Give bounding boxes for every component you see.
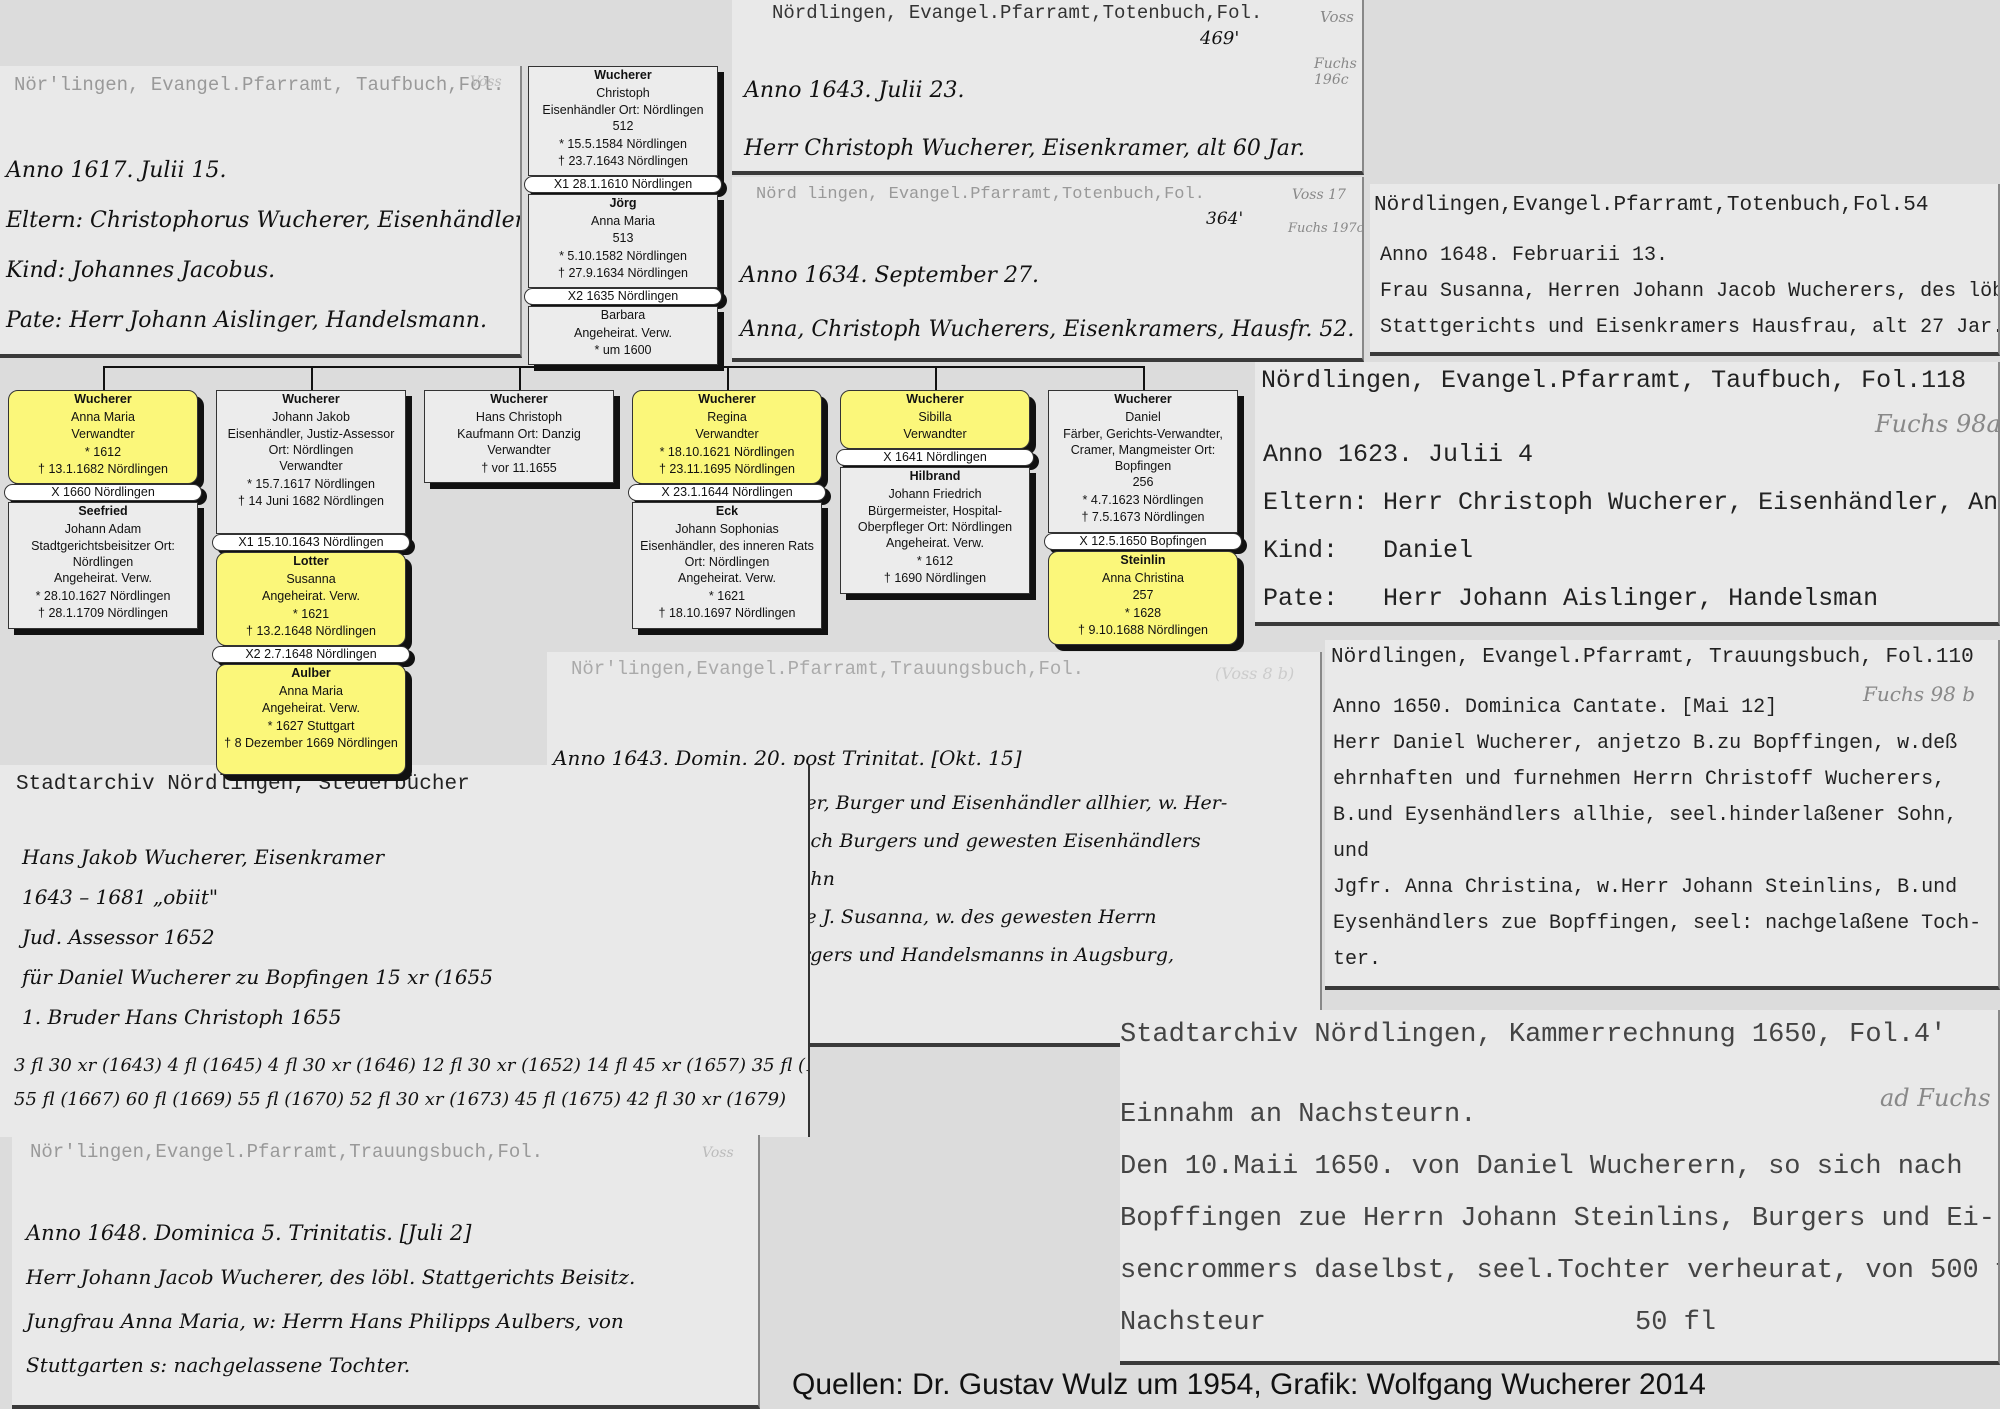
person-given-name: Anna Maria [9, 409, 197, 427]
doc-steuerbuecher: Stadtarchiv Nördlingen, Steuerbücher Han… [0, 765, 810, 1137]
person-relation: Verwandter [425, 442, 613, 460]
person-box-spouse[interactable]: LotterSusannaAngeheirat. Verw.* 1621† 13… [216, 552, 406, 646]
person-surname: Seefried [9, 503, 197, 521]
person-relation: Angeheirat. Verw. [9, 570, 197, 588]
marriage-label: X2 1635 Nördlingen [524, 288, 722, 305]
doc-header: Stadtarchiv Nördlingen, Steuerbücher [16, 773, 470, 796]
doc-line: Pate: Herr Johann Aislinger, Handelsman [1263, 584, 1878, 613]
person-died: † 13.2.1648 Nördlingen [217, 623, 405, 641]
person-occupation: Eisenhändler, Justiz-Assessor Ort: Nördl… [217, 426, 405, 458]
person-given-name: Johann Jakob [217, 409, 405, 427]
credit-line: Quellen: Dr. Gustav Wulz um 1954, Grafik… [792, 1368, 1706, 1402]
person-given-name: Johann Friedrich [841, 486, 1029, 504]
person-born: * 1627 Stuttgart [217, 718, 405, 736]
person-box-child[interactable]: WuchererReginaVerwandter* 18.10.1621 Nör… [632, 390, 822, 484]
person-died: † 27.9.1634 Nördlingen [529, 265, 717, 283]
person-relation: Angeheirat. Verw. [841, 535, 1029, 553]
doc-note: Fuchs 98 b [1863, 682, 1975, 706]
person-box-child[interactable]: WuchererSibillaVerwandter [840, 390, 1030, 449]
doc-line: Frau Susanna, Herren Johann Jacob Wucher… [1380, 280, 2000, 303]
doc-header: Stadtarchiv Nördlingen, Kammerrechnung 1… [1120, 1020, 1946, 1050]
person-relation: Angeheirat. Verw. [529, 325, 717, 343]
person-relation: Verwandter [217, 458, 405, 476]
doc-header: Nördlingen, Evangel.Pfarramt, Trauungsbu… [1331, 646, 1974, 669]
person-box-child[interactable]: WuchererJohann JakobEisenhändler, Justiz… [216, 390, 406, 534]
person-box-spouse[interactable]: HilbrandJohann FriedrichBürgermeister, H… [840, 467, 1030, 594]
person-box-father[interactable]: WuchererChristophEisenhändler Ort: Nördl… [528, 66, 718, 176]
person-box-child[interactable]: WuchererDanielFärber, Gerichts-Verwandte… [1048, 390, 1238, 533]
doc-tax-line: 55 fl (1667) 60 fl (1669) 55 fl (1670) 5… [14, 1089, 786, 1110]
doc-line: Jud. Assessor 1652 [22, 925, 215, 949]
person-occupation: Stadtgerichtsbeisitzer Ort: Nördlingen [9, 538, 197, 570]
doc-note: Fuchs 197c [1288, 221, 1364, 236]
doc-totenbuch-1643: Nördlingen, Evangel.Pfarramt,Totenbuch,F… [732, 0, 1364, 175]
person-given-name: Johann Sophonias [633, 521, 821, 539]
person-given-name: Anna Maria [217, 683, 405, 701]
person-died: † 28.1.1709 Nördlingen [9, 605, 197, 623]
person-died: † 18.10.1697 Nördlingen [633, 605, 821, 623]
person-born: * 18.10.1621 Nördlingen [633, 444, 821, 462]
person-surname: Lotter [217, 553, 405, 571]
marriage-label: X 1660 Nördlingen [4, 484, 202, 501]
person-given-name: Anna Maria [529, 213, 717, 231]
person-born: * 5.10.1582 Nördlingen [529, 248, 717, 266]
doc-line: Pate: Herr Johann Aislinger, Handelsmann… [6, 308, 487, 333]
person-born: * 1628 [1049, 605, 1237, 623]
person-born: * 4.7.1623 Nördlingen [1049, 492, 1237, 510]
doc-line: Herr Johann Jacob Wucherer, des löbl. St… [26, 1265, 635, 1289]
person-surname: Wucherer [633, 391, 821, 409]
marriage-label: X 12.5.1650 Bopfingen [1044, 533, 1242, 550]
person-occupation: Bürgermeister, Hospital-Oberpfleger Ort:… [841, 503, 1029, 535]
doc-totenbuch-1648: Nördlingen,Evangel.Pfarramt,Totenbuch,Fo… [1370, 184, 2000, 356]
doc-header: Nör'lingen,Evangel.Pfarramt,Trauungsbuch… [571, 658, 1084, 680]
person-relation: Angeheirat. Verw. [217, 588, 405, 606]
doc-line: Eltern: Herr Christoph Wucherer, Eisenhä… [1263, 488, 2000, 517]
doc-line: Den 10.Maii 1650. von Daniel Wucherern, … [1120, 1152, 1963, 1182]
doc-kammerrechnung-1650: Stadtarchiv Nördlingen, Kammerrechnung 1… [1120, 1010, 2000, 1365]
doc-line: Anno 1634. September 27. [740, 263, 1039, 288]
person-died: † 8 Dezember 1669 Nördlingen [217, 735, 405, 753]
person-given-name: Hans Christoph [425, 409, 613, 427]
doc-line: 1643 – 1681 „obiit" [22, 885, 218, 909]
doc-line: Nachsteur [1120, 1308, 1266, 1338]
doc-header: Nör'lingen,Evangel.Pfarramt,Trauungsbuch… [30, 1141, 543, 1163]
person-died: † 14 Juni 1682 Nördlingen [217, 493, 405, 511]
connector-drop [311, 366, 313, 390]
person-given-name: Sibilla [841, 409, 1029, 427]
doc-line: Jgfr. Anna Christina, w.Herr Johann Stei… [1333, 876, 1957, 899]
person-relation: Angeheirat. Verw. [633, 570, 821, 588]
doc-note: Voss [1320, 8, 1354, 26]
person-surname: Wucherer [1049, 391, 1237, 409]
doc-trauungsbuch-1650: Nördlingen, Evangel.Pfarramt, Trauungsbu… [1325, 640, 2000, 990]
person-occupation: Eisenhändler Ort: Nördlingen [529, 102, 717, 118]
doc-line: ehrnhaften und furnehmen Herrn Christoff… [1333, 768, 1945, 791]
person-relation: Verwandter [633, 426, 821, 444]
doc-note: Fuchs 196c [1314, 56, 1360, 88]
connector-drop [1143, 366, 1145, 390]
person-box-child[interactable]: WuchererAnna MariaVerwandter* 1612† 13.1… [8, 390, 198, 484]
doc-line: sencrommers daselbst, seel.Tochter verhe… [1120, 1256, 2000, 1286]
person-number: 257 [1049, 587, 1237, 605]
person-surname: Wucherer [529, 67, 717, 85]
person-born: * 15.5.1584 Nördlingen [529, 136, 717, 154]
doc-totenbuch-1634: Nörd lingen, Evangel.Pfarramt,Totenbuch,… [732, 177, 1364, 362]
doc-note: Voss [470, 74, 502, 90]
person-surname: Hilbrand [841, 468, 1029, 486]
doc-note: Voss 17 [1292, 187, 1346, 203]
marriage-label: X2 2.7.1648 Nördlingen [212, 646, 410, 663]
person-born: * um 1600 [529, 342, 717, 360]
person-born: * 1621 [633, 588, 821, 606]
doc-note: Fuchs 98a [1875, 410, 2000, 438]
doc-note: Voss [702, 1145, 734, 1161]
person-died: † 7.5.1673 Nördlingen [1049, 509, 1237, 527]
person-box-spouse[interactable]: SeefriedJohann AdamStadtgerichtsbeisitze… [8, 502, 198, 629]
doc-line: Herr Daniel Wucherer, anjetzo B.zu Bopff… [1333, 732, 1957, 755]
doc-line: Eltern: Christophorus Wucherer, Eisenhän… [6, 208, 522, 233]
doc-line: Anno 1643. Julii 23. [744, 78, 965, 103]
connector-drop [519, 366, 521, 390]
connector-drop [727, 366, 729, 390]
person-occupation: Kaufmann Ort: Danzig [425, 426, 613, 442]
person-died: † 23.7.1643 Nördlingen [529, 153, 717, 171]
doc-header: Nördlingen, Evangel.Pfarramt,Totenbuch,F… [772, 2, 1262, 24]
person-born: * 1612 [841, 553, 1029, 571]
person-born: * 28.10.1627 Nördlingen [9, 588, 197, 606]
person-given-name: Barbara [529, 307, 717, 325]
person-surname: Eck [633, 503, 821, 521]
person-given-name: Daniel [1049, 409, 1237, 427]
doc-line: 1. Bruder Hans Christoph 1655 [22, 1005, 341, 1029]
person-relation: Verwandter [9, 426, 197, 444]
doc-line: Eysenhändlers zue Bopffingen, seel: nach… [1333, 912, 1981, 935]
doc-folio: 364' [1206, 209, 1243, 229]
doc-line: Stuttgarten s: nachgelassene Tochter. [26, 1353, 410, 1377]
person-died: † 13.1.1682 Nördlingen [9, 461, 197, 479]
person-given-name: Christoph [529, 85, 717, 103]
doc-line: Herr Christoph Wucherer, Eisenkramer, al… [744, 136, 1305, 161]
doc-header: Nördlingen, Evangel.Pfarramt, Taufbuch, … [1261, 366, 1966, 395]
person-born: * 15.7.1617 Nördlingen [217, 476, 405, 494]
person-surname: Wucherer [425, 391, 613, 409]
marriage-label: X 23.1.1644 Nördlingen [628, 484, 826, 501]
doc-line: Anno 1617. Julii 15. [6, 158, 227, 183]
person-number: 256 [1049, 474, 1237, 492]
person-relation: Verwandter [841, 426, 1029, 444]
doc-tax-line: 3 fl 30 xr (1643) 4 fl (1645) 4 fl 30 xr… [14, 1055, 810, 1076]
person-given-name: Johann Adam [9, 521, 197, 539]
person-died: † 9.10.1688 Nördlingen [1049, 622, 1237, 640]
doc-line: Jungfrau Anna Maria, w: Herrn Hans Phili… [26, 1309, 624, 1333]
doc-header: Nörd lingen, Evangel.Pfarramt,Totenbuch,… [756, 185, 1205, 204]
doc-taufbuch-1617: Nör'lingen, Evangel.Pfarramt, Taufbuch,F… [0, 66, 522, 358]
doc-header: Nördlingen,Evangel.Pfarramt,Totenbuch,Fo… [1374, 194, 1929, 217]
connector-drop [103, 366, 105, 390]
person-box-spouse[interactable]: AulberAnna MariaAngeheirat. Verw.* 1627 … [216, 664, 406, 775]
person-number: 513 [529, 230, 717, 248]
doc-note: ad Fuchs 98 [1880, 1084, 2000, 1112]
person-occupation: Eisenhändler, des inneren Rats Ort: Nörd… [633, 538, 821, 570]
person-surname: Jörg [529, 195, 717, 213]
person-born: * 1621 [217, 606, 405, 624]
doc-note: (Voss 8 b) [1215, 664, 1294, 683]
doc-header: Nör'lingen, Evangel.Pfarramt, Taufbuch,F… [14, 74, 504, 96]
person-box-spouse[interactable]: SteinlinAnna Christina257* 1628† 9.10.16… [1048, 551, 1238, 645]
doc-line: Anna, Christoph Wucherers, Eisenkramers,… [740, 317, 1354, 342]
doc-amount: 50 fl [1635, 1308, 1716, 1338]
person-box-spouse[interactable]: EckJohann SophoniasEisenhändler, des inn… [632, 502, 822, 629]
person-relation: Angeheirat. Verw. [217, 700, 405, 718]
doc-line: ter. [1333, 948, 1381, 971]
person-died: † 1690 Nördlingen [841, 570, 1029, 588]
person-surname: Wucherer [841, 391, 1029, 409]
person-surname: Wucherer [9, 391, 197, 409]
doc-line: Hans Jakob Wucherer, Eisenkramer [22, 845, 384, 869]
doc-line: Bopffingen zue Herrn Johann Steinlins, B… [1120, 1204, 1995, 1234]
doc-line: Einnahm an Nachsteurn. [1120, 1100, 1476, 1130]
person-occupation: Färber, Gerichts-Verwandter, Cramer, Man… [1049, 426, 1237, 474]
person-died: † 23.11.1695 Nördlingen [633, 461, 821, 479]
doc-line: und [1333, 840, 1369, 863]
connector-bar [103, 366, 1143, 368]
doc-trauungsbuch-1648: Nör'lingen,Evangel.Pfarramt,Trauungsbuch… [12, 1135, 760, 1409]
doc-line: Stattgerichts und Eisenkramers Hausfrau,… [1380, 316, 2000, 339]
person-number: 512 [529, 118, 717, 136]
doc-line: B.und Eysenhändlers allhie, seel.hinderl… [1333, 804, 1957, 827]
person-died: † vor 11.1655 [425, 460, 613, 478]
doc-line: für Daniel Wucherer zu Bopfingen 15 xr (… [22, 965, 493, 989]
doc-line: Kind: Johannes Jacobus. [6, 258, 275, 283]
marriage-label: X 1641 Nördlingen [836, 449, 1034, 466]
person-surname: Aulber [217, 665, 405, 683]
person-box-stepmother[interactable]: BarbaraAngeheirat. Verw.* um 1600 [528, 306, 718, 365]
doc-line: Kind: Daniel [1263, 536, 1473, 565]
marriage-label: X1 15.10.1643 Nördlingen [212, 534, 410, 551]
person-surname: Steinlin [1049, 552, 1237, 570]
doc-line: Anno 1648. Dominica 5. Trinitatis. [Juli… [26, 1221, 471, 1245]
person-box-child[interactable]: WuchererHans ChristophKaufmann Ort: Danz… [424, 390, 614, 483]
doc-line: Anno 1650. Dominica Cantate. [Mai 12] [1333, 696, 1777, 719]
person-given-name: Anna Christina [1049, 570, 1237, 588]
person-box-mother[interactable]: JörgAnna Maria513* 5.10.1582 Nördlingen†… [528, 194, 718, 288]
doc-folio: 469' [1200, 28, 1239, 49]
doc-taufbuch-1623: Nördlingen, Evangel.Pfarramt, Taufbuch, … [1255, 362, 2000, 626]
marriage-label: X1 28.1.1610 Nördlingen [524, 176, 722, 193]
person-born: * 1612 [9, 444, 197, 462]
doc-line: Anno 1648. Februarii 13. [1380, 244, 1668, 267]
person-surname: Wucherer [217, 391, 405, 409]
connector-drop [935, 366, 937, 390]
doc-line: Anno 1623. Julii 4 [1263, 440, 1533, 469]
person-given-name: Regina [633, 409, 821, 427]
person-given-name: Susanna [217, 571, 405, 589]
